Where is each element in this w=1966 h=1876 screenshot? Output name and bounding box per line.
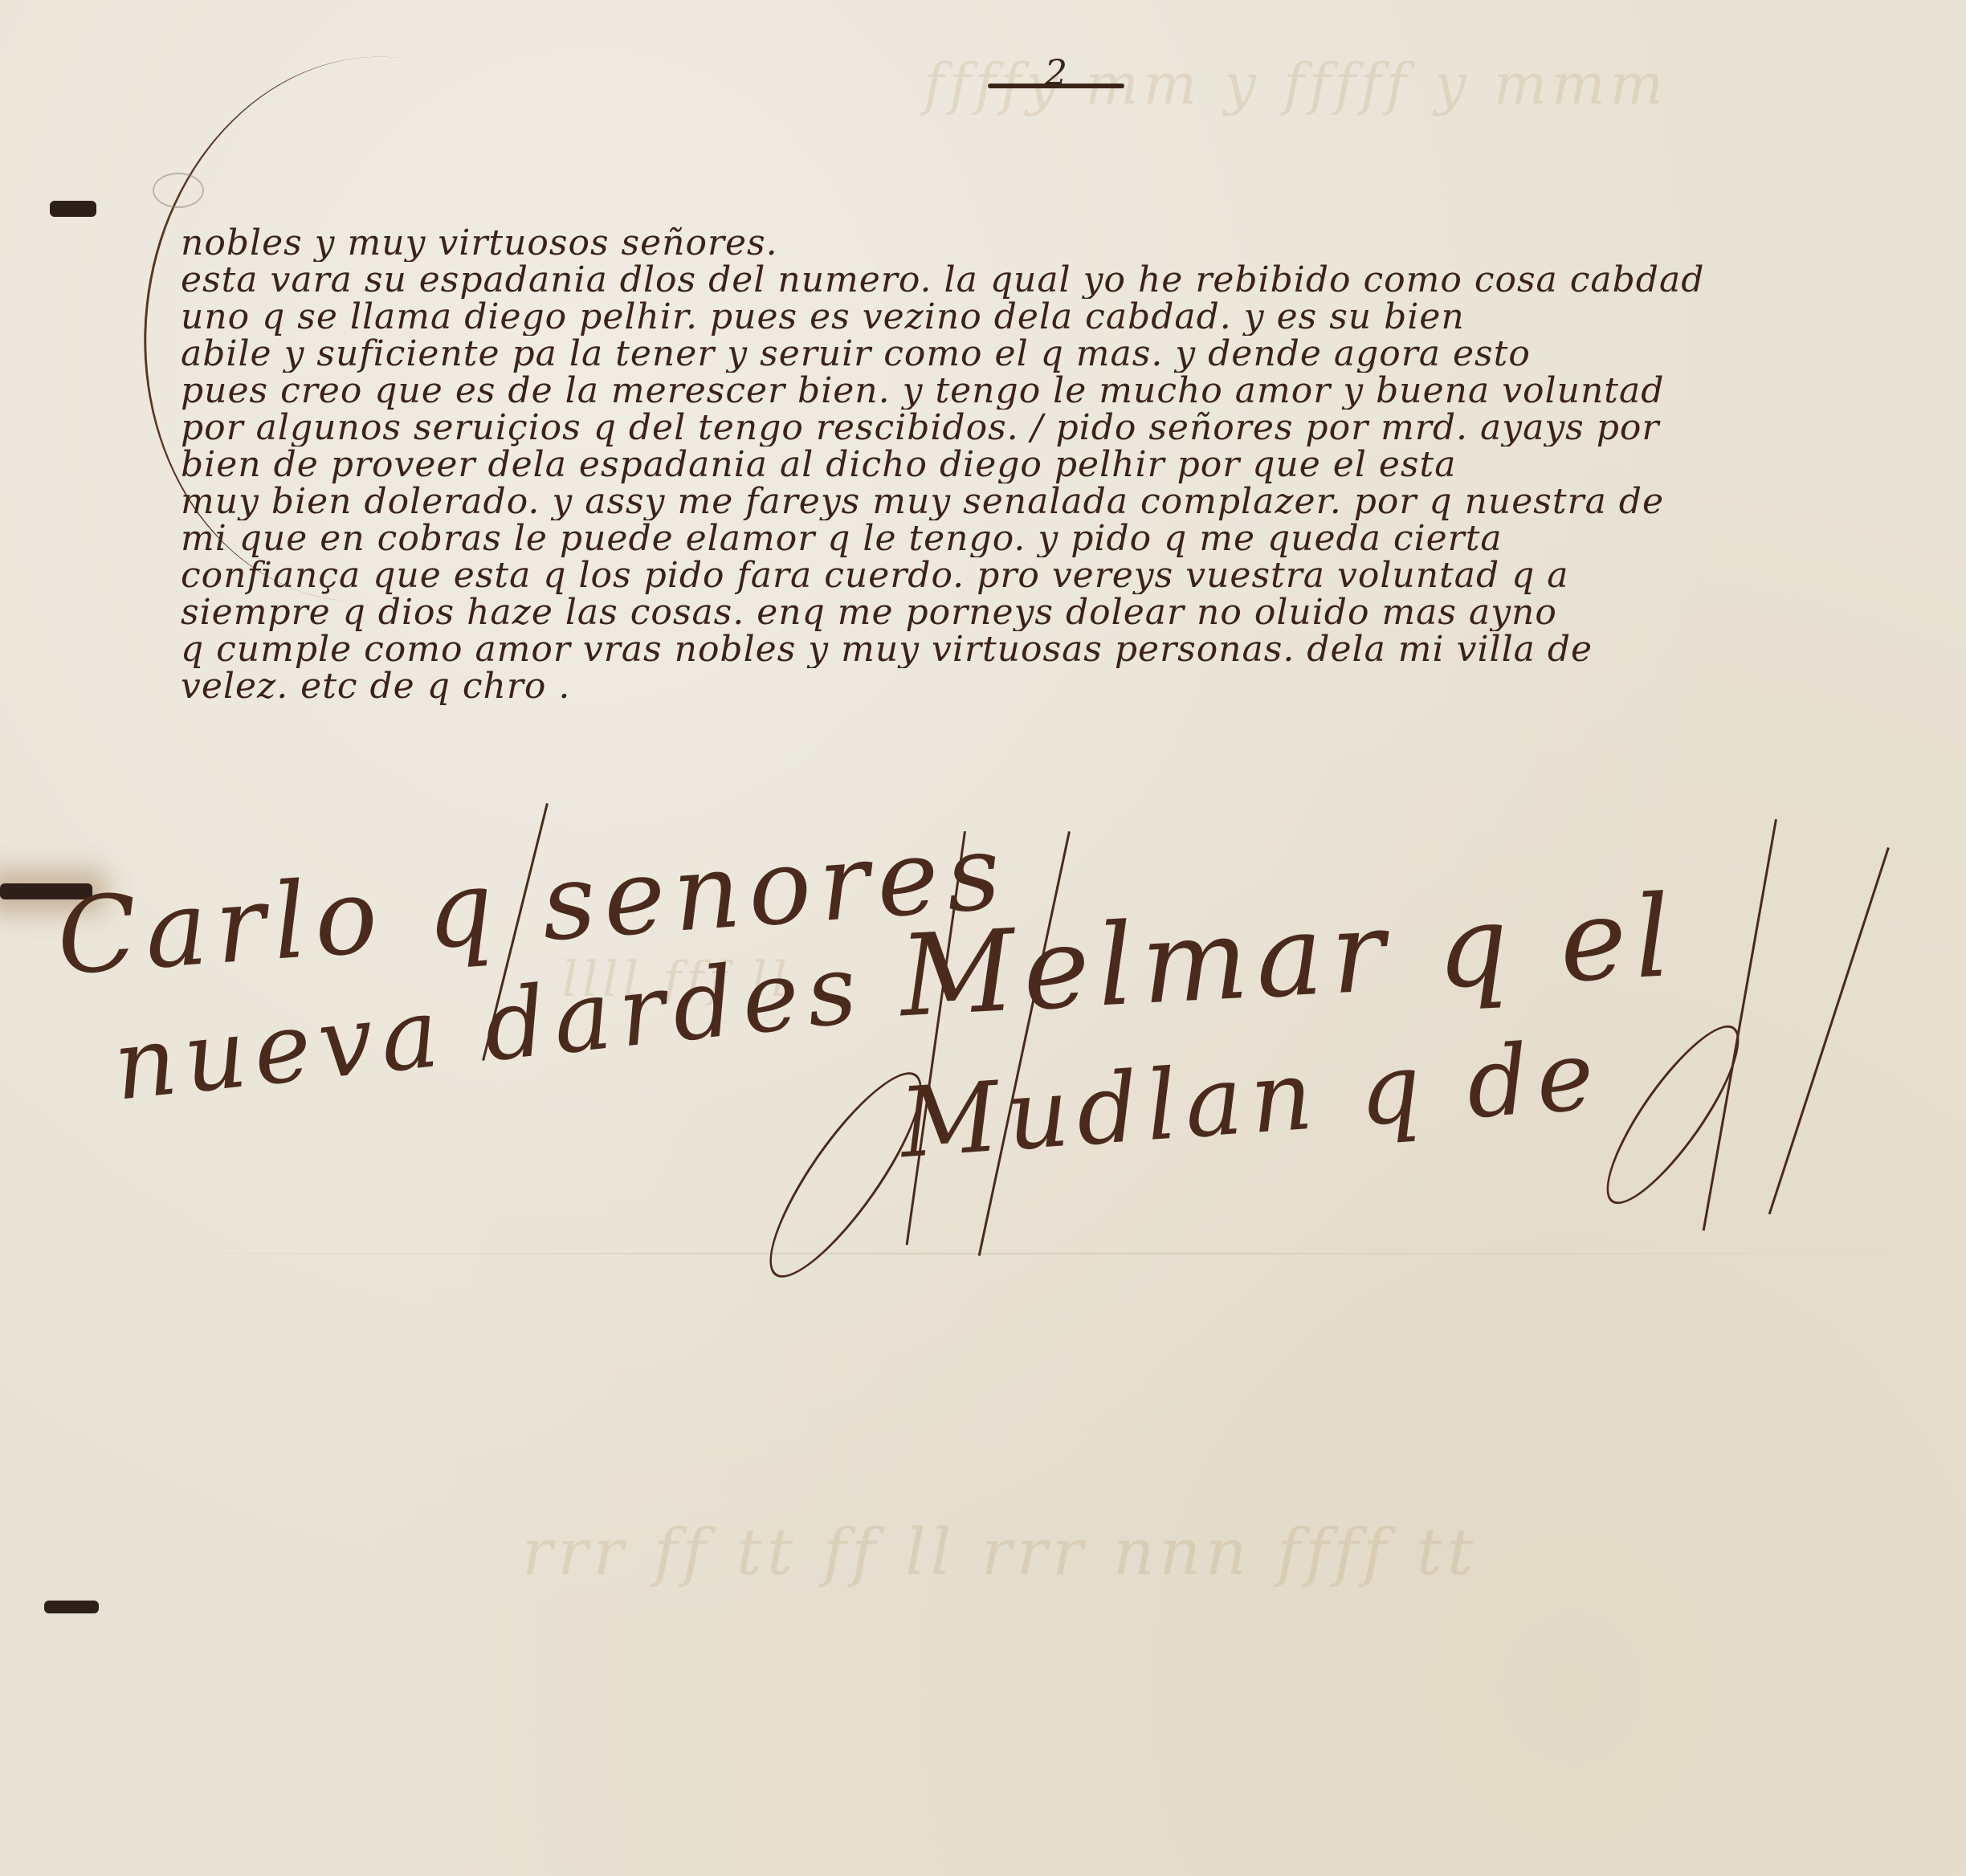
letter-line: esta vara su espadania dlos del numero. …	[181, 262, 1915, 299]
signature-flourish-stroke	[1703, 819, 1777, 1231]
page-number: 2	[988, 56, 1124, 104]
signature-flourish-stroke	[1768, 847, 1890, 1214]
letter-line: abile y suficiente pa la tener y seruir …	[181, 336, 1915, 373]
letter-line: velez. etc de q chro .	[181, 668, 1915, 705]
margin-ink-mark	[50, 201, 96, 217]
letter-line: por algunos seruiçios q del tengo rescib…	[181, 410, 1915, 447]
bleed-through-text-bottom: rrr ff tt ff ll rrr nnn ffff tt	[522, 1510, 1727, 1594]
letter-line: mi que en cobras le puede elamor q le te…	[181, 520, 1915, 557]
manuscript-page: ffffy mm y fffff y mmm llll fff ll rrr f…	[0, 0, 1966, 1876]
page-number-value: 2	[1045, 53, 1067, 94]
paper-fold-line	[0, 1253, 1966, 1254]
letter-line: siempre q dios haze las cosas. enq me po…	[181, 594, 1915, 631]
letter-line: pues creo que es de la merescer bien. y …	[181, 373, 1915, 410]
letter-line: confiança que esta q los pido fara cuerd…	[181, 557, 1915, 594]
signature-right-line-2: Mudlan q de	[896, 1020, 1605, 1181]
letter-line: q cumple como amor vras nobles y muy vir…	[181, 631, 1915, 668]
signature-flourish-loop	[1587, 1009, 1760, 1219]
signature-right-line-1: Melmar q el	[896, 871, 1682, 1043]
letter-body: nobles y muy virtuosos señores. esta var…	[181, 225, 1915, 705]
letter-line: bien de proveer dela espadania al dicho …	[181, 447, 1915, 483]
letter-line: muy bien dolerado. y assy me fareys muy …	[181, 483, 1915, 520]
margin-ink-mark	[44, 1601, 99, 1613]
letter-line: uno q se llama diego pelhir. pues es vez…	[181, 299, 1915, 336]
pencil-mark	[153, 173, 204, 208]
letter-line: nobles y muy virtuosos señores.	[181, 225, 1915, 262]
